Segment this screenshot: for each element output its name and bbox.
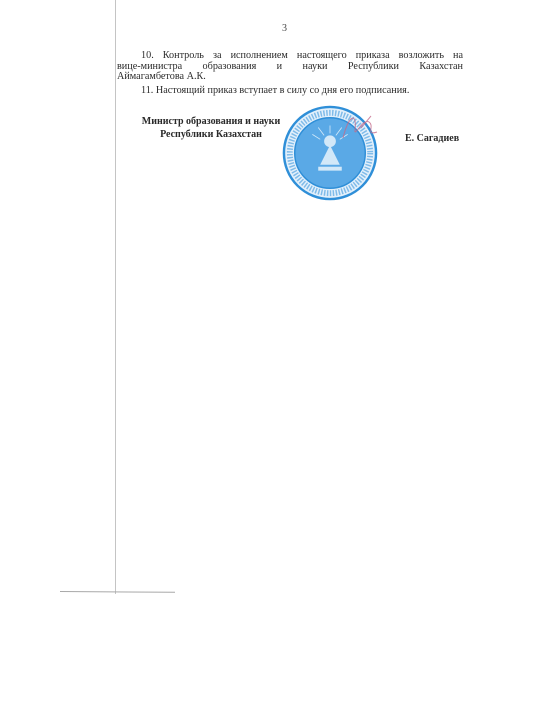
- paragraph-11: 11. Настоящий приказ вступает в силу со …: [141, 86, 441, 97]
- margin-line: [115, 0, 116, 594]
- footer-rule: [60, 591, 175, 593]
- paragraph-10-line-1: 10. Контроль за исполнением настоящего п…: [117, 51, 463, 62]
- handwritten-signature: [335, 108, 385, 148]
- paragraph-11-line-1: 11. Настоящий приказ вступает в силу со …: [141, 85, 409, 96]
- paragraph-10: 10. Контроль за исполнением настоящего п…: [117, 51, 463, 83]
- paragraph-10-line-3: Аймагамбетова А.К.: [117, 72, 463, 83]
- signatory-name: Е. Сагадиев: [405, 133, 459, 144]
- signatory-title-line-1: Министр образования и науки: [141, 115, 281, 128]
- page-number: 3: [282, 23, 287, 34]
- signatory-title-line-2: Республики Казахстан: [141, 128, 281, 141]
- signatory-title: Министр образования и науки Республики К…: [141, 115, 281, 141]
